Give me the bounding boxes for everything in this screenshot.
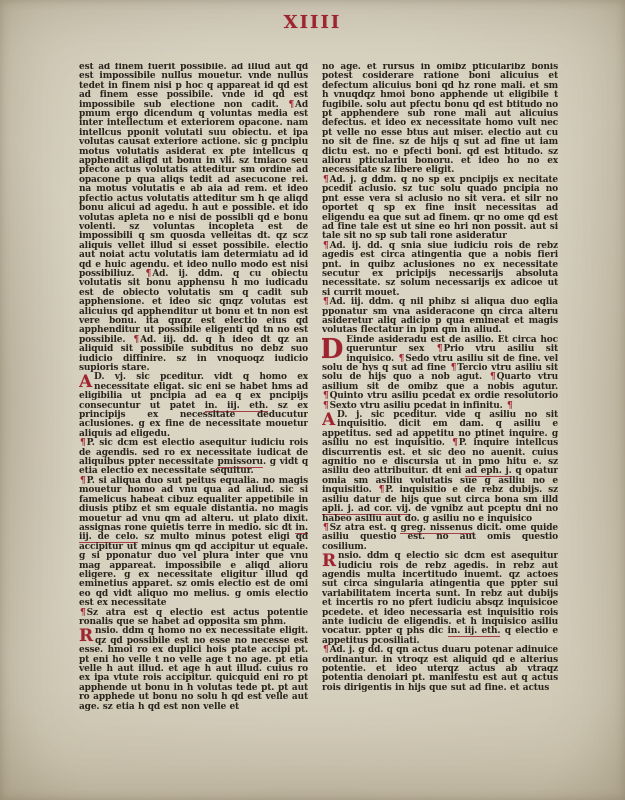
rubric-underlined-citation: in. iij. eth. — [448, 626, 501, 637]
text-block: Rnsio. ddm q homo no ex necessitate elig… — [79, 627, 308, 712]
text-run: Ad. j. g ddm. q no sp ex pncipijs ex nec… — [322, 175, 558, 241]
text-run: P. si aliqua duo sut peitus equalia. no … — [79, 476, 308, 533]
text-block: DEinde asideradu est de asilio. Et circa… — [322, 336, 558, 411]
text-block: ¶Sz atra est. q greg. nissenus dicit. om… — [322, 524, 558, 552]
rubricated-initial: D — [322, 336, 346, 364]
manuscript-page: XIIII est ad finem fuerit possibile. ad … — [0, 0, 625, 800]
text-block: Rnsio. ddm q electio sic dcm est asequit… — [322, 552, 558, 646]
text-run: Ad pmum ergo dicendum q voluntas media e… — [79, 100, 308, 279]
text-block: no age. et rursus in omibz pticularibz b… — [322, 63, 558, 176]
pilcrow-mark: ¶ — [322, 401, 330, 411]
text-block: AD. j. sic pceditur. vide q asiliu no si… — [322, 411, 558, 524]
text-column-left: est ad finem fuerit possibile. ad illud … — [79, 63, 308, 753]
rubricated-initial: R — [79, 627, 95, 646]
text-block: ¶Ad. ij. dd. q snia siue iudiciu rois de… — [322, 242, 558, 298]
text-block: ¶P. sic dcm est electio asequitur iudici… — [79, 439, 308, 477]
text-block: ¶Ad. iij. ddm. q nil phibz si aliqua duo… — [322, 298, 558, 336]
folio-number: XIIII — [0, 12, 625, 33]
pilcrow-mark: ¶ — [322, 391, 330, 401]
text-block: ¶P. si aliqua duo sut peitus equalia. no… — [79, 477, 308, 609]
rubricated-initial: A — [322, 411, 337, 430]
text-block: AD. vj. sic pceditur. vidt q homo ex nec… — [79, 373, 308, 439]
text-run: sz multo minus potest eligi qd accipitur… — [79, 532, 308, 608]
text-run: nsio. ddm q homo no ex necessitate eligi… — [79, 626, 308, 711]
text-column-right: no age. et rursus in omibz pticularibz b… — [322, 63, 558, 753]
text-run: Ad. ij. ddm. q cu obiectu volutatis sit … — [79, 269, 308, 345]
text-run: Ad. j. g dd. q qn actus duaru potenar ad… — [322, 645, 558, 693]
text-run: est ad finem fuerit possibile. ad illud … — [79, 63, 308, 110]
text-block: ¶Ad. j. g ddm. q no sp ex pncipijs ex ne… — [322, 176, 558, 242]
text-run: Sz atra est q electio est actus potentie… — [79, 608, 308, 627]
rubricated-initial: A — [79, 373, 94, 392]
text-block: est ad finem fuerit possibile. ad illud … — [79, 63, 308, 373]
text-block: ¶Sz atra est q electio est actus potenti… — [79, 609, 308, 628]
text-run: nsio. ddm q electio sic dcm est asequitu… — [322, 551, 558, 636]
text-block: ¶Ad. j. g dd. q qn actus duaru potenar a… — [322, 646, 558, 693]
text-run: Ad. iij. ddm. q nil phibz si aliqua duo … — [322, 297, 558, 335]
text-run: Ad. ij. dd. q snia siue iudiciu rois de … — [322, 241, 558, 298]
text-run: no age. et rursus in omibz pticularibz b… — [322, 63, 558, 175]
rubricated-initial: R — [322, 552, 338, 571]
